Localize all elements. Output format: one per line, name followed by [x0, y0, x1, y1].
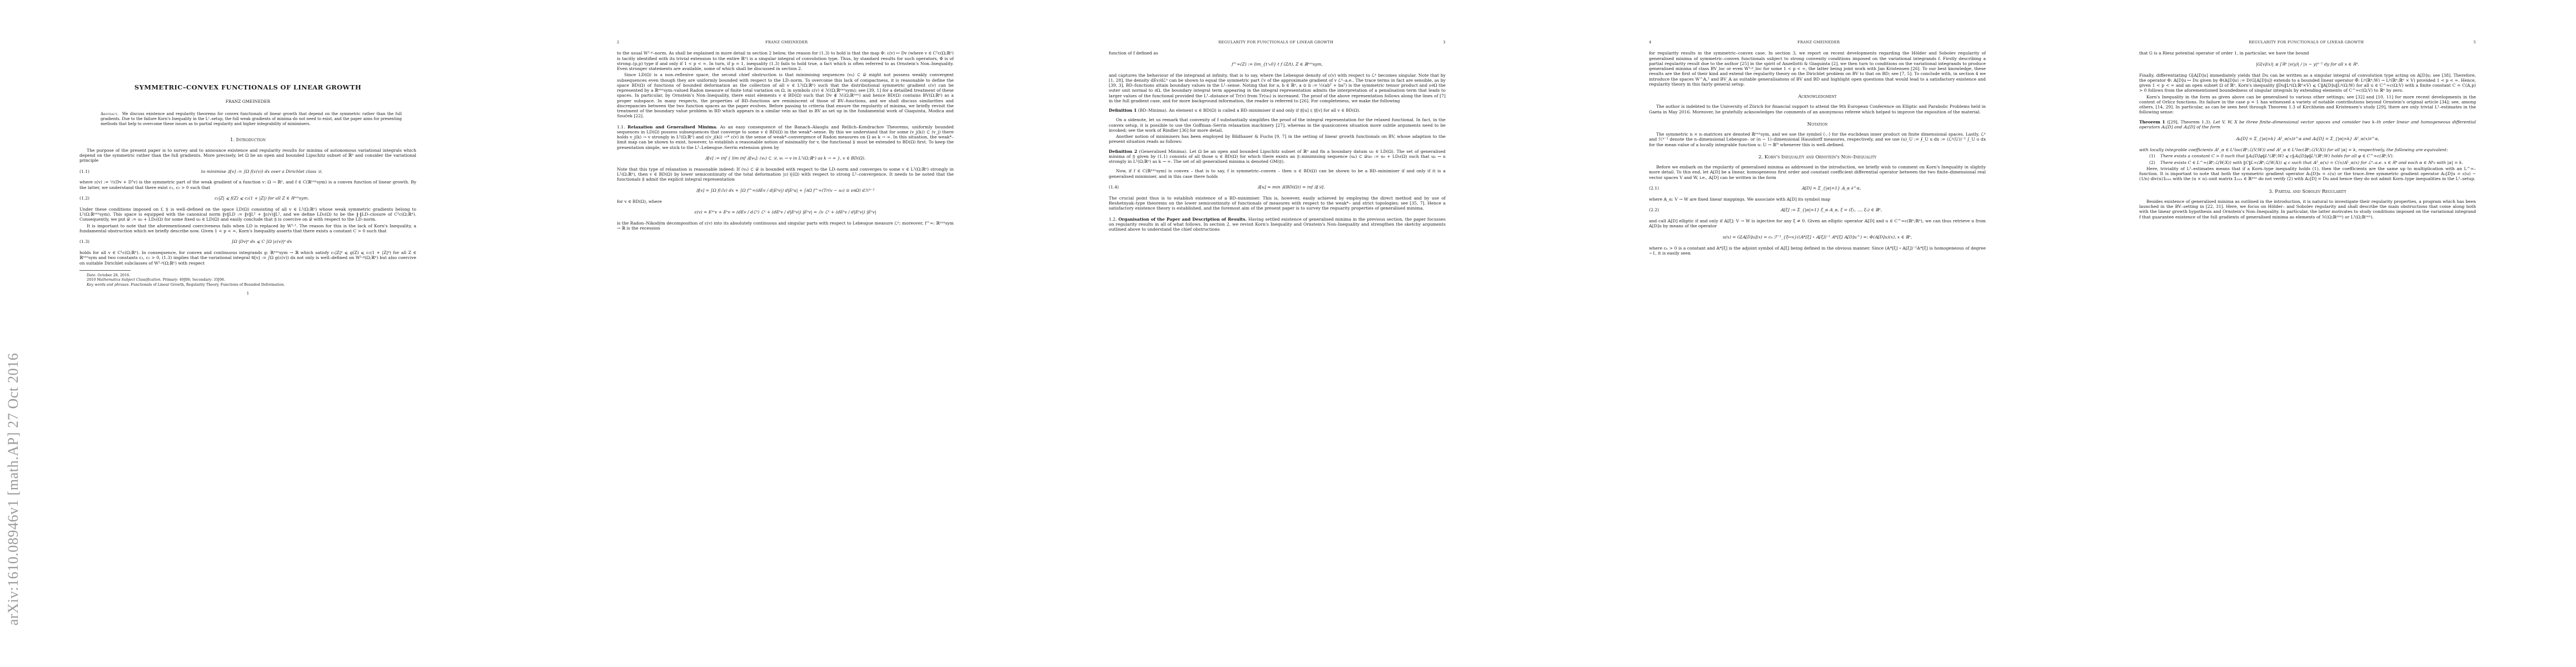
header-page-number: 3 [1443, 40, 1446, 45]
theorem-1: Theorem 1 ([29], Theorem 1.3). Let V, W,… [2139, 120, 2476, 130]
author-name: FRANZ GMEINEDER [79, 99, 416, 104]
section-heading-partial-regularity: 3. Partial and Sobolev Regularity [2139, 190, 2476, 195]
paragraph: The author is indebted to the University… [1649, 104, 1986, 115]
equation-number: (2.2) [1649, 207, 1677, 212]
header-title: FRANZ GMEINEDER [620, 40, 954, 45]
equation-number: (1.2) [79, 196, 107, 201]
paragraph: is the Radon–Nikodým decomposition of ε(… [617, 221, 954, 231]
paragraph: The crucial point thus is to establish e… [1109, 196, 1446, 211]
equation-decomposition: ε(v) = Eᵃᶜv + Eˢv = (dEv / dℒⁿ) ℒⁿ + (dE… [617, 207, 954, 217]
paragraph: function of f defined as [1109, 51, 1446, 56]
header-title: FRANZ GMEINEDER [1652, 40, 1986, 45]
item-number: (2) [2149, 160, 2160, 165]
subsection-number: 1.2. [1109, 217, 1117, 222]
abstract-text: We discuss existence and regularity theo… [101, 112, 402, 126]
equation-body: ∫Ω |Dv|ᵖ dx ⩽ C ∫Ω |ε(v)|ᵖ dx [107, 239, 416, 244]
running-header: REGULARITY FOR FUNCTIONALS OF LINEAR GRO… [2139, 40, 2476, 45]
page-5: REGULARITY FOR FUNCTIONALS OF LINEAR GRO… [2061, 0, 2576, 667]
paragraph: for regularity results in the symmetric–… [1649, 51, 1986, 87]
paragraph: Besides existence of generalised minima … [2139, 199, 2476, 220]
page-1-content: SYMMETRIC–CONVEX FUNCTIONALS OF LINEAR G… [79, 83, 416, 296]
subsection-title: Organisation of the Paper and Descriptio… [1118, 217, 1247, 222]
equation-number: (2.1) [1649, 186, 1677, 191]
header-title: REGULARITY FOR FUNCTIONALS OF LINEAR GRO… [1109, 40, 1443, 45]
footnote-msc-year: 2010 [87, 277, 96, 282]
running-header: REGULARITY FOR FUNCTIONALS OF LINEAR GRO… [1109, 40, 1446, 45]
definition-2: Definition 2 (Generalised Minima). Let Ω… [1109, 149, 1446, 165]
section-heading-introduction: 1. Introduction [79, 138, 416, 143]
paragraph: Before we embark on the regularity of ge… [1649, 165, 1986, 180]
equation-integral-representation: 𝔉̄[v] = ∫Ω f(ℰv) dx + ∫Ω f^∞(dEv / d|Eˢv… [617, 186, 954, 196]
paragraph: Another notion of minimisers has been em… [1109, 134, 1446, 145]
footnote-keywords-value: Functionals of Linear Growth, Regularity… [131, 282, 285, 287]
equation-number: (1.3) [79, 239, 107, 244]
subsection-number: 1.1. [617, 125, 625, 130]
definition-name: (Generalised Minima). [1139, 149, 1188, 154]
header-title: REGULARITY FOR FUNCTIONALS OF LINEAR GRO… [2139, 40, 2474, 45]
equation-body: ε(v) = Eᵃᶜv + Eˢv = (dEv / dℒⁿ) ℒⁿ + (dE… [617, 210, 954, 215]
page-3-content: REGULARITY FOR FUNCTIONALS OF LINEAR GRO… [1109, 40, 1446, 232]
equation-body: f^∞(Z) := lim_{t↘0} t f (Z/t), Z ∈ ℝⁿˣⁿs… [1109, 62, 1446, 67]
arxiv-id-label[interactable]: arXiv:1610.08946v1 [math.AP] 27 Oct 2016 [5, 353, 22, 626]
abstract-label: Abstract. [101, 112, 118, 116]
definition-1: Definition 1 (BD–Minima). An element u ∈… [1109, 108, 1446, 113]
equation-1-3: (1.3)∫Ω |Dv|ᵖ dx ⩽ C ∫Ω |ε(v)|ᵖ dx [79, 237, 416, 247]
paragraph: Now, if f ∈ C(ℝⁿˣⁿsym) is convex – that … [1109, 168, 1446, 179]
subsection-1-1: 1.1. Relaxation and Generalised Minima. … [617, 125, 954, 150]
item-number: (1) [2149, 153, 2160, 158]
equation-1-1: (1.1)to minimise 𝔉[v] := ∫Ω f(ε(v)) dx o… [79, 166, 416, 176]
definition-label: Definition 1 [1109, 108, 1137, 113]
paragraph: The symmetric n × n–matrices are denoted… [1649, 132, 1986, 147]
equation-body: 𝔸[D] = Σ_{|α|=1} 𝔸_α ∂^α, [1677, 186, 1986, 191]
equation-body: u(x) = G[𝔸[D]u](x) = cₙ ℱ⁻¹_{ξ↦x}((𝔸*[ξ]… [1649, 235, 1986, 240]
equation-body: to minimise 𝔉[v] := ∫Ω f(ε(v)) dx over a… [107, 169, 416, 174]
subsection-title: Relaxation and Generalised Minima. [627, 125, 718, 130]
theorem-label: Theorem 1 [2139, 120, 2165, 125]
equation-body: 𝔸₁[D] = Σ_{|α|=k} 𝔸¹_α(x)∂^α and 𝔸₂[D] =… [2139, 136, 2476, 141]
paragraph: It is important to note that the aforeme… [79, 223, 416, 234]
header-page-number: 5 [2474, 40, 2477, 45]
section-heading-korn: 2. Korn's Inequality and Ornstein's Non–… [1649, 155, 1986, 160]
equation-number: (1.1) [79, 169, 107, 174]
equation-body: 𝔉̄[u] = min 𝔉̄(BD(Ω)) = inf 𝔉[𝒟]. [1137, 185, 1446, 190]
equation-green-operator: u(x) = G[𝔸[D]u](x) = cₙ ℱ⁻¹_{ξ↦x}((𝔸*[ξ]… [1649, 232, 1986, 242]
paragraph: Finally, differentiating G[𝔸[D]u] immedi… [2139, 73, 2476, 93]
definition-text: An element u ∈ BD(Ω) is called a BD–mini… [1169, 108, 1361, 113]
equation-1-2: (1.2)c₁|Z| ⩽ f(Z) ⩽ c₂(1 + |Z|) for all … [79, 193, 416, 203]
equation-1-4: (1.4)𝔉̄[u] = min 𝔉̄(BD(Ω)) = inf 𝔉[𝒟]. [1109, 182, 1446, 192]
page-3: REGULARITY FOR FUNCTIONALS OF LINEAR GRO… [1030, 0, 1546, 667]
paragraph: and call 𝔸[D] elliptic if and only if 𝔸[… [1649, 218, 1986, 229]
arxiv-watermark: arXiv:1610.08946v1 [math.AP] 27 Oct 2016 [2, 311, 24, 667]
paragraph: Under these conditions imposed on f, 𝔉 i… [79, 207, 416, 222]
section-heading-acknowledgment: Acknowledgment [1649, 94, 1986, 99]
paragraph: where cₙ > 0 is a constant and 𝔸*[ξ] is … [1649, 246, 1986, 256]
item-text: There exists a constant C > 0 such that … [2160, 153, 2476, 158]
paragraph: Here, triviality of L¹–estimates means t… [2139, 166, 2476, 182]
definition-name: (BD–Minima). [1138, 108, 1168, 113]
section-heading-notation: Notation [1649, 122, 1986, 127]
paragraph: for v ∈ BD(Ω), where [617, 199, 954, 204]
footnote-date-label: Date [87, 273, 95, 277]
page-2: 2 FRANZ GMEINEDER to the usual W¹·ᵖ–norm… [515, 0, 1030, 667]
page-5-content: REGULARITY FOR FUNCTIONALS OF LINEAR GRO… [2139, 40, 2476, 221]
equation-riesz-bound: |G[v](x)| ≲ ∫ℝⁿ |v(y)| / |x − y|ⁿ⁻¹ dy f… [2139, 59, 2476, 69]
paragraph: On a sidenote, let us remark that convex… [1109, 117, 1446, 133]
paragraph: and captures the behaviour of the integr… [1109, 73, 1446, 104]
running-header: 4 FRANZ GMEINEDER [1649, 40, 1986, 45]
footnote-rule [79, 270, 131, 271]
paragraph: Korn's Inequality in the form as given a… [2139, 94, 2476, 115]
theorem-reference: ([29], Theorem 1.3). [2167, 120, 2211, 125]
paragraph: that G is a Riesz potential operator of … [2139, 51, 2476, 56]
page-2-content: 2 FRANZ GMEINEDER to the usual W¹·ᵖ–norm… [617, 40, 954, 232]
paragraph: holds for all v ∈ C¹c(Ω;ℝⁿ). In conseque… [79, 250, 416, 266]
paragraph: where ε(v) := ½(Dv + Dᵀv) is the symmetr… [79, 180, 416, 190]
footnote-msc: 2010 Mathematics Subject Classification.… [79, 277, 416, 282]
equation-body: 𝔸[ξ] := Σ_{|α|=1} ξ_α 𝔸_α, ξ = (ξ₁, ...,… [1677, 207, 1986, 212]
paragraph: Since LD(Ω) is a non–reflexive space, th… [617, 72, 954, 118]
equation-body: |G[v](x)| ≲ ∫ℝⁿ |v(y)| / |x − y|ⁿ⁻¹ dy f… [2139, 62, 2476, 67]
document-strip: arXiv:1610.08946v1 [math.AP] 27 Oct 2016… [0, 0, 2576, 667]
theorem-text-continued: with locally integrable coefficients 𝔸¹_… [2139, 147, 2476, 152]
paragraph: to the usual W¹·ᵖ–norm. As shall be expl… [617, 51, 954, 71]
page-4: 4 FRANZ GMEINEDER for regularity results… [1546, 0, 2061, 667]
equation-body: c₁|Z| ⩽ f(Z) ⩽ c₂(1 + |Z|) for all Z ∈ ℝ… [107, 196, 416, 201]
equation-theorem-operators: 𝔸₁[D] = Σ_{|α|=k} 𝔸¹_α(x)∂^α and 𝔸₂[D] =… [2139, 134, 2476, 144]
equation-2-2: (2.2)𝔸[ξ] := Σ_{|α|=1} ξ_α 𝔸_α, ξ = (ξ₁,… [1649, 205, 1986, 215]
paragraph: Note that this type of relaxation is rea… [617, 167, 954, 182]
equation-relaxation: 𝔉̄[v] := inf { lim inf 𝔉[vₖ]: (vₖ) ⊂ 𝒟, … [617, 153, 954, 163]
subsection-1-2: 1.2. Organisation of the Paper and Descr… [1109, 217, 1446, 232]
page-4-content: 4 FRANZ GMEINEDER for regularity results… [1649, 40, 1986, 257]
running-header: 2 FRANZ GMEINEDER [617, 40, 954, 45]
footnote-date: Date: October 28, 2016. [79, 273, 416, 277]
paragraph: where 𝔸_α: V → W are fixed linear mappin… [1649, 197, 1986, 202]
footnote-keywords-label: Key words and phrases. [87, 282, 129, 287]
footnote-keywords: Key words and phrases. Functionals of Li… [79, 282, 416, 287]
equation-2-1: (2.1)𝔸[D] = Σ_{|α|=1} 𝔸_α ∂^α, [1649, 183, 1986, 193]
equation-recession: f^∞(Z) := lim_{t↘0} t f (Z/t), Z ∈ ℝⁿˣⁿs… [1109, 59, 1446, 69]
page-1: arXiv:1610.08946v1 [math.AP] 27 Oct 2016… [0, 0, 515, 667]
paper-title: SYMMETRIC–CONVEX FUNCTIONALS OF LINEAR G… [79, 83, 416, 91]
theorem-item-1: (1)There exists a constant C > 0 such th… [2149, 153, 2476, 158]
footnote-msc-value: Primary: 49J06; Secondary: 35J06. [163, 277, 225, 282]
footnote-date-value: : October 28, 2016. [95, 273, 130, 277]
theorem-item-2: (2)There exists C ∈ L^∞(ℝⁿ;ℒ(W;X)) with … [2149, 160, 2476, 165]
abstract: Abstract. We discuss existence and regul… [101, 112, 402, 127]
equation-body: 𝔉̄[v] := inf { lim inf 𝔉[vₖ]: (vₖ) ⊂ 𝒟, … [617, 156, 954, 161]
equation-number: (1.4) [1109, 185, 1137, 190]
equation-body: 𝔉̄[v] = ∫Ω f(ℰv) dx + ∫Ω f^∞(dEv / d|Eˢv… [617, 188, 954, 193]
paragraph: The purpose of the present paper is to s… [79, 148, 416, 163]
footnote-msc-label: Mathematics Subject Classification. [97, 277, 161, 282]
page-number: 1 [79, 291, 416, 296]
item-text: There exists C ∈ L^∞(ℝⁿ;ℒ(W;X)) with ‖C‖… [2160, 160, 2476, 165]
definition-label: Definition 2 [1109, 149, 1137, 154]
